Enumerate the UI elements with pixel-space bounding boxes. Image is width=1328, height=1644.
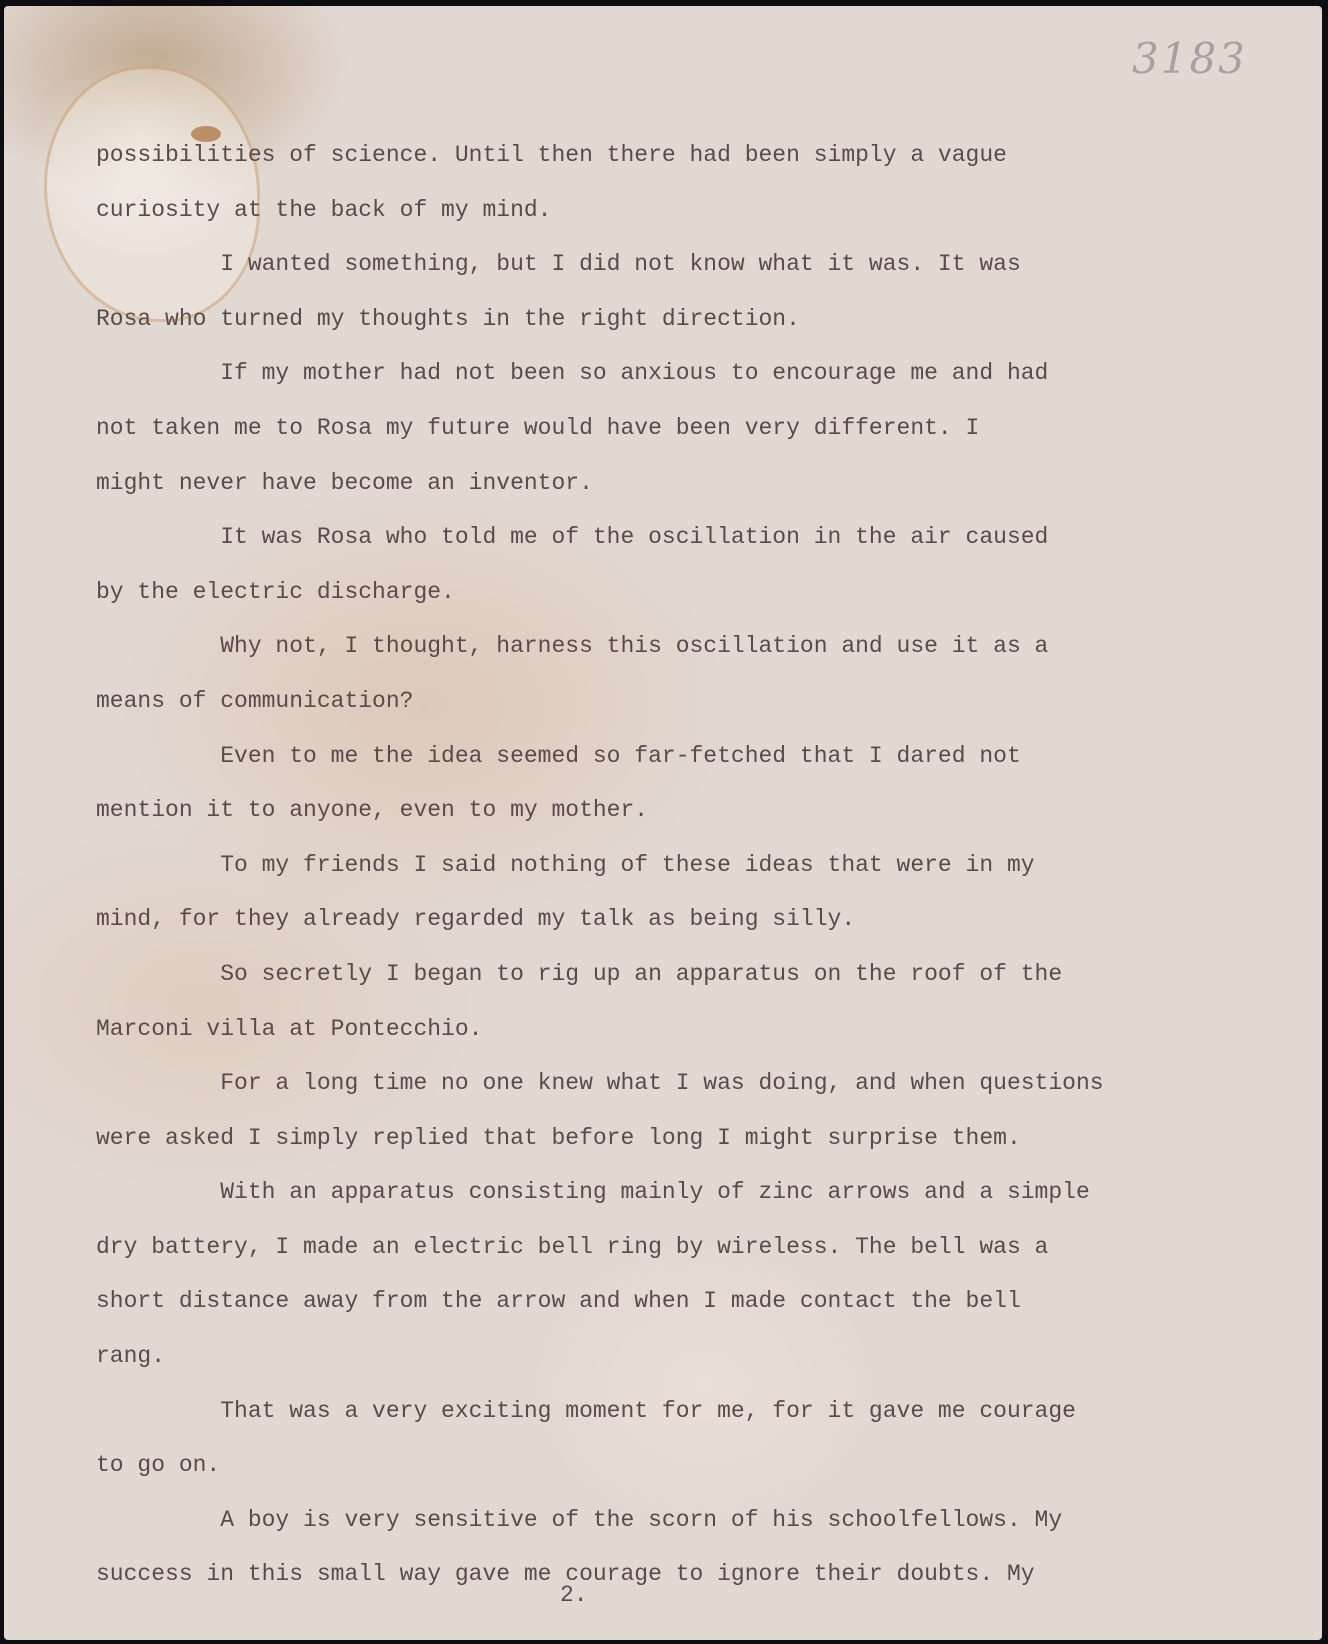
text-line: With an apparatus consisting mainly of z… bbox=[96, 1165, 1296, 1220]
text-line: might never have become an inventor. bbox=[96, 456, 1296, 511]
text-line: mention it to anyone, even to my mother. bbox=[96, 783, 1296, 838]
text-line: For a long time no one knew what I was d… bbox=[96, 1056, 1296, 1111]
typewritten-page: 3183 possibilities of science. Until the… bbox=[4, 6, 1322, 1640]
text-line: not taken me to Rosa my future would hav… bbox=[96, 401, 1296, 456]
text-line: were asked I simply replied that before … bbox=[96, 1111, 1296, 1166]
text-line: Marconi villa at Pontecchio. bbox=[96, 1002, 1296, 1057]
folio-number: 3183 bbox=[1132, 34, 1247, 83]
text-line: rang. bbox=[96, 1329, 1296, 1384]
text-line: I wanted something, but I did not know w… bbox=[96, 237, 1296, 292]
text-line: to go on. bbox=[96, 1438, 1296, 1493]
text-line: dry battery, I made an electric bell rin… bbox=[96, 1220, 1296, 1275]
text-line: mind, for they already regarded my talk … bbox=[96, 892, 1296, 947]
text-line: That was a very exciting moment for me, … bbox=[96, 1384, 1296, 1439]
text-line: short distance away from the arrow and w… bbox=[96, 1274, 1296, 1329]
text-line: Why not, I thought, harness this oscilla… bbox=[96, 619, 1296, 674]
text-line: To my friends I said nothing of these id… bbox=[96, 838, 1296, 893]
text-line: curiosity at the back of my mind. bbox=[96, 183, 1296, 238]
text-line: possibilities of science. Until then the… bbox=[96, 128, 1296, 183]
text-line: success in this small way gave me courag… bbox=[96, 1547, 1296, 1602]
page-number: 2. bbox=[560, 1582, 588, 1608]
body-text: possibilities of science. Until then the… bbox=[96, 128, 1296, 1602]
text-line: Even to me the idea seemed so far-fetche… bbox=[96, 729, 1296, 784]
text-line: It was Rosa who told me of the oscillati… bbox=[96, 510, 1296, 565]
text-line: A boy is very sensitive of the scorn of … bbox=[96, 1493, 1296, 1548]
text-line: So secretly I began to rig up an apparat… bbox=[96, 947, 1296, 1002]
text-line: by the electric discharge. bbox=[96, 565, 1296, 620]
text-line: means of communication? bbox=[96, 674, 1296, 729]
text-line: Rosa who turned my thoughts in the right… bbox=[96, 292, 1296, 347]
text-line: If my mother had not been so anxious to … bbox=[96, 346, 1296, 401]
